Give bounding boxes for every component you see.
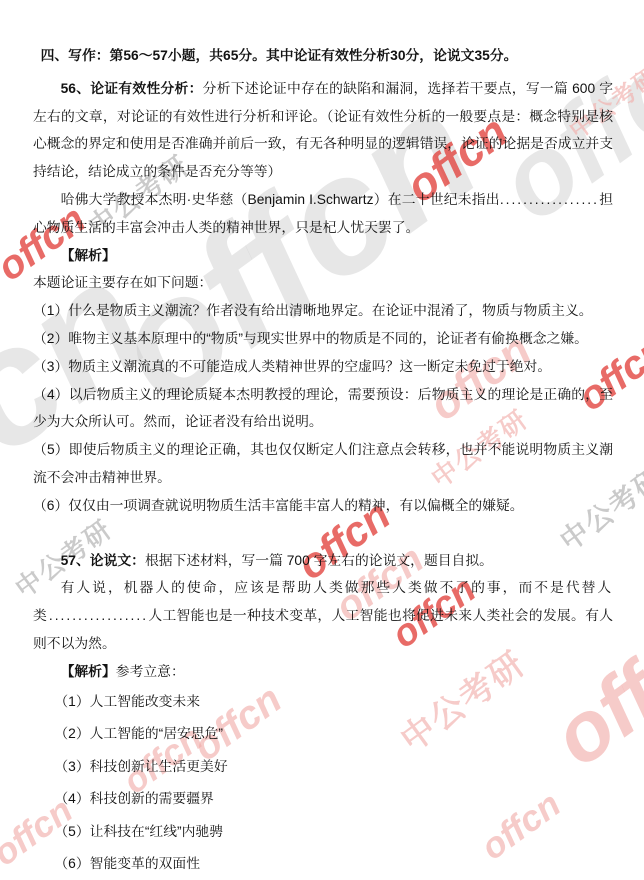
q57-point-3: （3）科技创新让生活更美好 bbox=[33, 751, 613, 784]
q57-prompt-text: 根据下述材料，写一篇 700 字左右的论说文，题目自拟。 bbox=[145, 553, 493, 568]
q56-label: 56、论证有效性分析： bbox=[61, 81, 203, 96]
q56-material-lead: 哈佛大学教授本杰明·史华慈（Benjamin I.Schwartz）在二十世纪未… bbox=[61, 192, 500, 207]
q56-point-3: （3）物质主义潮流真的不可能造成人类精神世界的空虚吗？这一断定未免过于绝对。 bbox=[33, 353, 613, 381]
q56-analysis-label: 【解析】 bbox=[33, 242, 613, 270]
ellipsis-dots: ................. bbox=[500, 192, 599, 207]
q56-point-2: （2）唯物主义基本原理中的“物质”与现实世界中的物质是不同的，论证者有偷换概念之… bbox=[33, 325, 613, 353]
q57-material: 有人说，机器人的使命，应该是帮助人类做那些人类做不了的事，而不是代替人类....… bbox=[33, 574, 613, 657]
q56-material: 哈佛大学教授本杰明·史华慈（Benjamin I.Schwartz）在二十世纪未… bbox=[33, 186, 613, 242]
q57-prompt: 57、论说文：根据下述材料，写一篇 700 字左右的论说文，题目自拟。 bbox=[33, 547, 613, 575]
q57-label: 57、论说文： bbox=[61, 553, 145, 568]
q57-point-2: （2）人工智能的“居安思危” bbox=[33, 718, 613, 751]
q57-point-6: （6）智能变革的双面性 bbox=[33, 848, 613, 880]
q56-point-6: （6）仅仅由一项调查就说明物质生活丰富能丰富人的精神，有以偏概全的嫌疑。 bbox=[33, 492, 613, 520]
q57-analysis-label: 【解析】参考立意： bbox=[33, 658, 613, 686]
q56-point-1: （1）什么是物质主义潮流？作者没有给出清晰地界定。在论证中混淆了，物质与物质主义… bbox=[33, 297, 613, 325]
q57-point-4: （4）科技创新的需要疆界 bbox=[33, 783, 613, 816]
document-body: 四、写作：第56～57小题，共65分。其中论证有效性分析30分，论说文35分。 … bbox=[33, 42, 613, 880]
q56-point-4: （4）以后物质主义的理论质疑本杰明教授的理论，需要预设：后物质主义的理论是正确的… bbox=[33, 381, 613, 437]
q56-point-5: （5）即使后物质主义的理论正确，其也仅仅断定人们注意点会转移，也并不能说明物质主… bbox=[33, 436, 613, 492]
ellipsis-dots: ................. bbox=[49, 608, 148, 623]
q57-section: 57、论说文：根据下述材料，写一篇 700 字左右的论说文，题目自拟。 有人说，… bbox=[33, 547, 613, 880]
q56-prompt: 56、论证有效性分析：分析下述论证中存在的缺陷和漏洞，选择若干要点，写一篇 60… bbox=[33, 75, 613, 186]
q56-analysis-intro: 本题论证主要存在如下问题： bbox=[33, 269, 613, 297]
section-heading: 四、写作：第56～57小题，共65分。其中论证有效性分析30分，论说文35分。 bbox=[33, 42, 613, 70]
q57-analysis-intro: 参考立意： bbox=[116, 664, 185, 679]
q57-point-5: （5）让科技在“红线”内驰骋 bbox=[33, 816, 613, 849]
q57-point-1: （1）人工智能改变未来 bbox=[33, 686, 613, 719]
